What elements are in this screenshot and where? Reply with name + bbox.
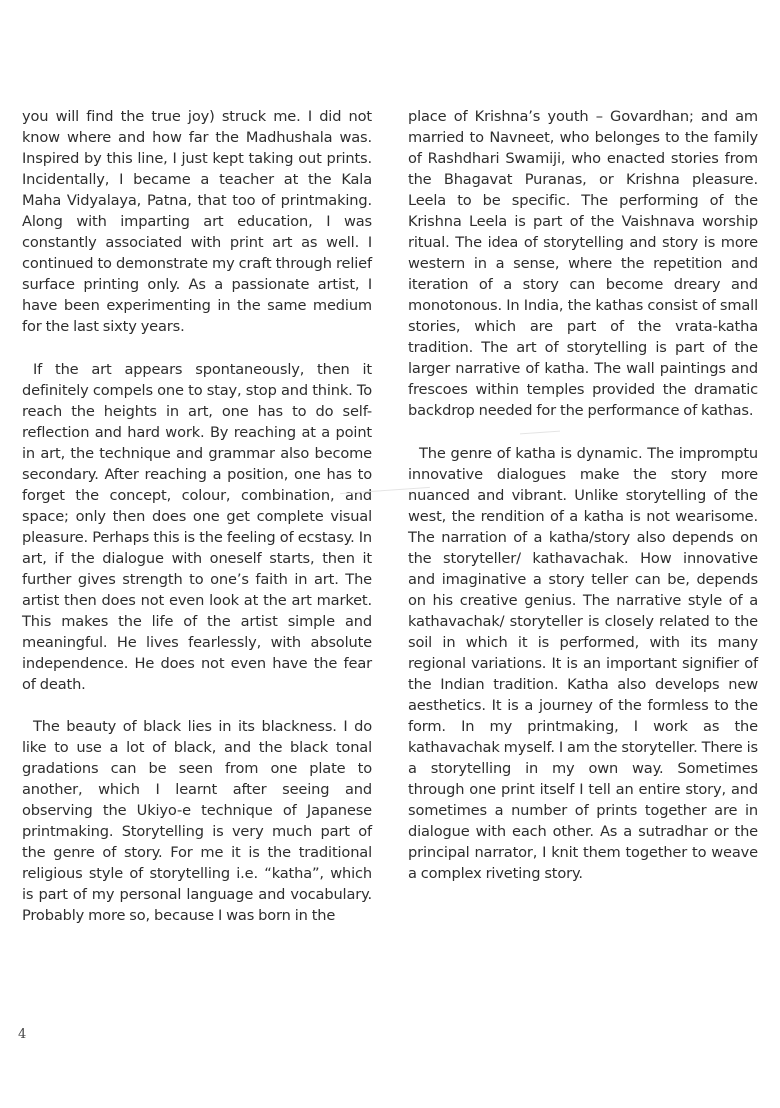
- left-column: you will find the true joy) struck me. I…: [22, 106, 372, 926]
- paragraph: The genre of katha is dynamic. The impro…: [408, 443, 758, 884]
- paragraph-gap: [408, 421, 758, 443]
- paragraph: If the art appears spontaneously, then i…: [22, 359, 372, 695]
- paragraph: The beauty of black lies in its blacknes…: [22, 716, 372, 926]
- paragraph: you will find the true joy) struck me. I…: [22, 106, 372, 337]
- page-number: 4: [18, 1027, 26, 1042]
- paragraph-gap: [22, 695, 372, 717]
- right-column: place of Krishna’s youth – Govardhan; an…: [408, 106, 758, 884]
- paragraph: place of Krishna’s youth – Govardhan; an…: [408, 106, 758, 421]
- paragraph-gap: [22, 337, 372, 359]
